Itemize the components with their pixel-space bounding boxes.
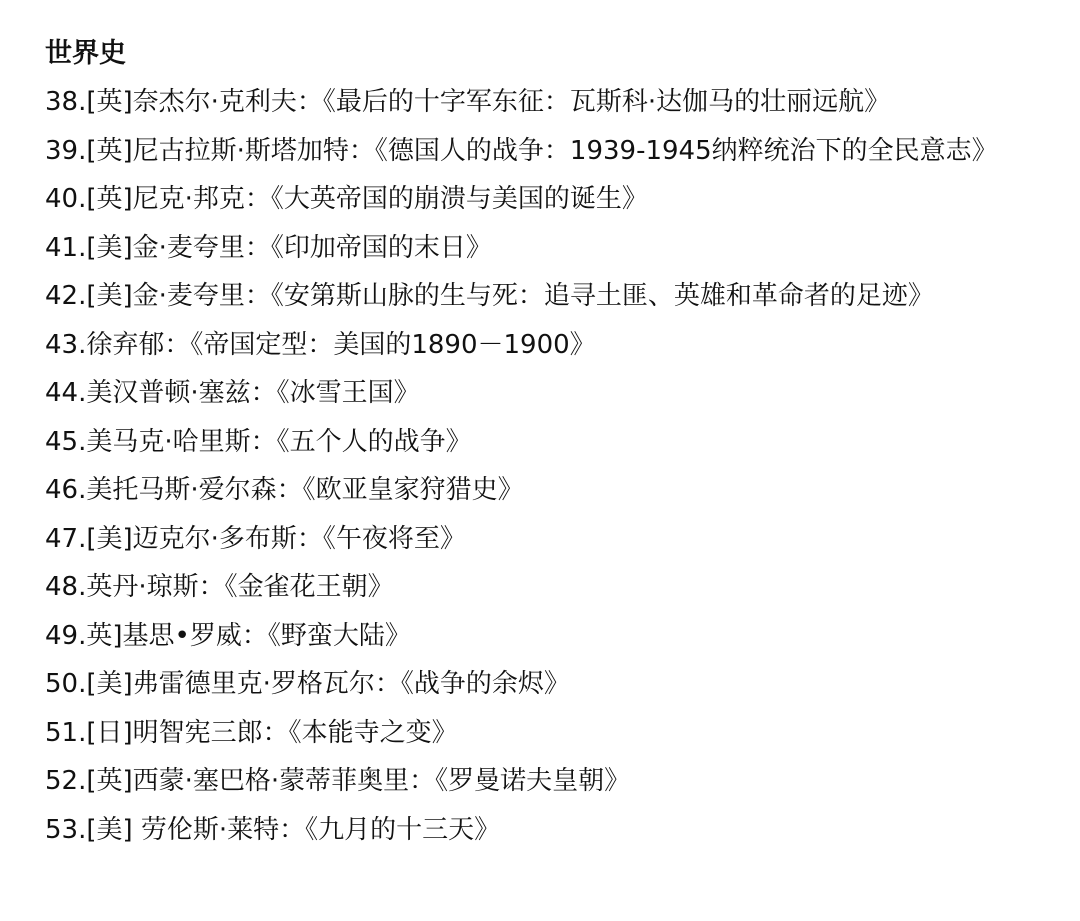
- list-item-45: 45.美马克·哈里斯：《五个人的战争》: [45, 418, 1035, 467]
- list-item-53: 53.[美] 劳伦斯·莱特：《九月的十三天》: [45, 806, 1035, 855]
- list-item-49: 49.英]基思•罗威：《野蛮大陆》: [45, 612, 1035, 661]
- list-item-47: 47.[美]迈克尔·多布斯：《午夜将至》: [45, 515, 1035, 564]
- list-item-38: 38.[英]奈杰尔·克利夫：《最后的十字军东征：瓦斯科·达伽马的壮丽远航》: [45, 78, 1035, 127]
- list-item-39: 39.[英]尼古拉斯·斯塔加特：《德国人的战争：1939-1945纳粹统治下的全…: [45, 127, 1035, 176]
- list-item-44: 44.美汉普顿·塞兹：《冰雪王国》: [45, 369, 1035, 418]
- list-item-46: 46.美托马斯·爱尔森：《欧亚皇家狩猎史》: [45, 466, 1035, 515]
- list-item-50: 50.[美]弗雷德里克·罗格瓦尔：《战争的余烬》: [45, 660, 1035, 709]
- document-body: 世界史 38.[英]奈杰尔·克利夫：《最后的十字军东征：瓦斯科·达伽马的壮丽远航…: [0, 0, 1080, 854]
- list-item-48: 48.英丹·琼斯：《金雀花王朝》: [45, 563, 1035, 612]
- list-item-43: 43.徐弃郁：《帝国定型：美国的1890－1900》: [45, 321, 1035, 370]
- list-item-51: 51.[日]明智宪三郎：《本能寺之变》: [45, 709, 1035, 758]
- list-item-52: 52.[英]西蒙·塞巴格·蒙蒂菲奥里：《罗曼诺夫皇朝》: [45, 757, 1035, 806]
- book-list: 38.[英]奈杰尔·克利夫：《最后的十字军东征：瓦斯科·达伽马的壮丽远航》 39…: [45, 78, 1035, 854]
- list-item-40: 40.[英]尼克·邦克：《大英帝国的崩溃与美国的诞生》: [45, 175, 1035, 224]
- list-item-41: 41.[美]金·麦夸里：《印加帝国的末日》: [45, 224, 1035, 273]
- section-title: 世界史: [45, 30, 1080, 78]
- list-item-42: 42.[美]金·麦夸里：《安第斯山脉的生与死：追寻土匪、英雄和革命者的足迹》: [45, 272, 1035, 321]
